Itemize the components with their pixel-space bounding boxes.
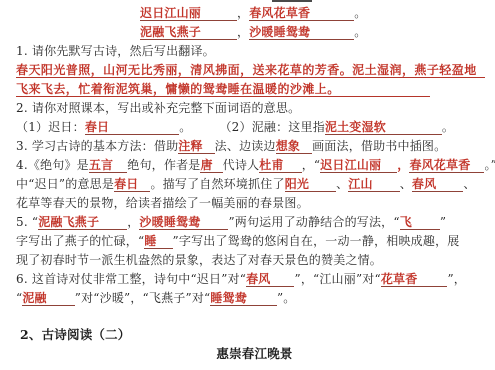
- section-heading: 2、古诗阅读（二）: [20, 325, 483, 344]
- text-run: ”: [440, 215, 446, 229]
- text-run: ”。: [277, 291, 296, 305]
- text-run: ”，“江山丽”对“: [294, 272, 380, 286]
- text-run: ”对“沙暖”，“飞燕子”对“: [75, 291, 211, 305]
- text-run: 、: [336, 177, 348, 191]
- text-run: （2）泥融：这里指: [219, 120, 324, 134]
- text-run: 。描写了自然环境抓住了: [150, 177, 284, 191]
- answer-blank-filled: 春日: [114, 177, 150, 192]
- answer-blank-filled: 春风: [412, 177, 463, 192]
- answer-blank-filled: 泥融: [22, 291, 74, 306]
- next-poem-title: 惠崇春江晚景: [26, 344, 483, 363]
- text-run: 2、古诗阅读（二）: [20, 327, 131, 342]
- answer-blank-filled: 睡鸳鸯: [210, 291, 277, 306]
- question-4-line-1: 4.《绝句》是五言绝句，作者是唐代诗人杜甫，“迟日江山丽，春风花草香。”: [16, 156, 483, 175]
- text-run: ，“: [302, 158, 321, 172]
- answer-blank-filled: 唐: [200, 158, 222, 173]
- text-run: 、: [400, 177, 412, 191]
- answer-text: 春日: [85, 120, 109, 134]
- text-run: 2. 请你对照课本，写出或补充完整下面词语的意思。: [16, 101, 300, 115]
- translation-line-1: 春天阳光普照，山河无比秀丽，清风拂面，送来花草的芳香。泥土湿润，燕子轻盈地: [16, 61, 483, 80]
- answer-blank-filled: 江山: [348, 177, 399, 192]
- worksheet-page: 迟日江山丽，春风花草香。泥融飞燕子，沙暖睡鸳鸯。1. 请你先默写古诗，然后写出翻…: [0, 0, 495, 370]
- answer-blank-filled: 泥土变湿软: [325, 120, 442, 135]
- text-run: ”两句运用了动静结合的写法，“: [228, 215, 399, 229]
- answer-blank-filled: 睡: [144, 234, 172, 249]
- answer-text: 沙暖睡鸳鸯: [139, 215, 200, 229]
- answer-blank-filled: 想象: [276, 139, 312, 154]
- answer-blank-filled: 阳光: [285, 177, 336, 192]
- answer-text: 想象: [276, 139, 300, 153]
- text-run: 。: [354, 6, 366, 20]
- text-run: 5. “: [16, 215, 38, 229]
- text-run: 中“迟日”的意思是: [16, 177, 114, 191]
- answer-text: 唐: [200, 158, 212, 172]
- question-4-line-3: 花草等春天的景物，给读者描绘了一幅美丽的春景图。: [16, 194, 483, 213]
- text-run: 现了初春时节一派生机盎然的景象，表达了对春天景色的赞美之情。: [16, 253, 382, 267]
- answer-blank-filled: 五言: [89, 158, 127, 173]
- text-run: 字写出了燕子的忙碌，“: [16, 234, 144, 248]
- answer-blank-filled: 泥融飞燕子: [38, 215, 127, 230]
- question-6-line-2: “泥融”对“沙暖”，“飞燕子”对“睡鸳鸯”。: [16, 289, 483, 308]
- answer-text: 泥融飞燕子: [140, 25, 201, 39]
- answer-text: 迟日江山丽: [140, 6, 201, 20]
- question-1: 1. 请你先默写古诗，然后写出翻译。: [16, 42, 483, 61]
- question-5-line-1: 5. “泥融飞燕子，沙暖睡鸳鸯”两句运用了动静结合的写法，“飞”: [16, 213, 483, 232]
- text-run: 花草等春天的景物，给读者描绘了一幅美丽的春景图。: [16, 196, 309, 210]
- answer-blank-filled: 迟日江山丽: [320, 158, 397, 173]
- answer-blank-filled: 杜甫: [259, 158, 301, 173]
- poem-line-1: 迟日江山丽，春风花草香。: [140, 4, 483, 23]
- answer-blank-filled: 飞: [400, 215, 440, 230]
- answer-text: 春风花草香: [249, 6, 310, 20]
- answer-blank-filled: 迟日江山丽: [140, 6, 237, 21]
- answer-text: 春天阳光普照，山河无比秀丽，清风拂面，送来花草的芳香。泥土湿润，燕子轻盈地: [16, 63, 477, 77]
- answer-text: 阳光: [285, 177, 309, 191]
- answer-text: 春风: [412, 177, 436, 191]
- text-run: 法、边读边: [215, 139, 276, 153]
- question-5-line-2: 字写出了燕子的忙碌，“睡”字写出了鸳鸯的悠闲自在，一动一静，相映成趣，展: [16, 232, 483, 251]
- cropped-underline-artifact: [272, 0, 312, 2]
- text-run: 3. 学习古诗的基本方法：借助: [16, 139, 178, 153]
- poem-line-2: 泥融飞燕子，沙暖睡鸳鸯。: [140, 23, 483, 42]
- answer-text: 泥融: [22, 291, 46, 305]
- answer-text: 飞来飞去，忙着衔泥筑巢，慵懒的鸳鸯睡在温暖的沙滩上。: [16, 82, 340, 96]
- text-run: 6. 这首诗对仗非常工整，诗句中“迟日”对“: [16, 272, 246, 286]
- question-2: 2. 请你对照课本，写出或补充完整下面词语的意思。: [16, 99, 483, 118]
- question-5-line-3: 现了初春时节一派生机盎然的景象，表达了对春天景色的赞美之情。: [16, 251, 483, 270]
- answer-blank-filled: 注释: [178, 139, 214, 154]
- question-2-answers: （1）迟日：春日。（2）泥融：这里指泥土变湿软。: [16, 118, 483, 137]
- answer-text: 春风花草香: [409, 158, 470, 172]
- answer-blank-filled: 花草香: [381, 272, 448, 287]
- answer-text: 飞: [400, 215, 412, 229]
- text-run: 1. 请你先默写古诗，然后写出翻译。: [16, 44, 215, 58]
- text-run: ，: [237, 6, 249, 20]
- text-run: ”字写出了鸳鸯的悠闲自在，一动一静，相映成趣，展: [173, 234, 460, 248]
- question-6-line-1: 6. 这首诗对仗非常工整，诗句中“迟日”对“春风”，“江山丽”对“花草香”，: [16, 270, 483, 289]
- answer-blank-filled: 春风花草香: [249, 6, 354, 21]
- answer-text: 注释: [178, 139, 202, 153]
- text-run: ，: [237, 25, 249, 39]
- text-run: 。: [442, 120, 454, 134]
- answer-text: 沙暖睡鸳鸯: [249, 25, 310, 39]
- translation-line-2: 飞来飞去，忙着衔泥筑巢，慵懒的鸳鸯睡在温暖的沙滩上。: [16, 80, 483, 99]
- text-run: 、: [463, 177, 475, 191]
- answer-text: 花草香: [381, 272, 418, 286]
- answer-blank-filled: 沙暖睡鸳鸯: [249, 25, 354, 40]
- answer-text: 江山: [348, 177, 372, 191]
- text-run: 4.《绝句》是: [16, 158, 89, 172]
- text-run: 。”: [484, 158, 495, 172]
- answer-blank-filled: 春风: [246, 272, 294, 287]
- answer-text: 泥融飞燕子: [38, 215, 99, 229]
- text-run: ，: [397, 158, 409, 172]
- question-4-line-2: 中“迟日”的意思是春日。描写了自然环境抓住了阳光、江山、春风、: [16, 175, 483, 194]
- text-run: 。: [179, 120, 191, 134]
- answer-blank-filled: 泥融飞燕子: [140, 25, 237, 40]
- translation-text: 飞来飞去，忙着衔泥筑巢，慵懒的鸳鸯睡在温暖的沙滩上。: [16, 82, 430, 97]
- answer-blank-filled: 沙暖睡鸳鸯: [139, 215, 228, 230]
- answer-text: 五言: [89, 158, 113, 172]
- answer-text: 春日: [114, 177, 138, 191]
- answer-text: 春风: [246, 272, 270, 286]
- answer-blank-filled: 春风花草香: [409, 158, 484, 173]
- answer-text: 迟日江山丽: [320, 158, 381, 172]
- text-run: 代诗人: [223, 158, 260, 172]
- answer-text: 杜甫: [259, 158, 283, 172]
- text-run: 画面法，借助书中插图。: [312, 139, 446, 153]
- text-run: 。: [354, 25, 366, 39]
- translation-text: 春天阳光普照，山河无比秀丽，清风拂面，送来花草的芳香。泥土湿润，燕子轻盈地: [16, 63, 485, 78]
- answer-blank-filled: 春日: [85, 120, 179, 135]
- answer-text: 睡鸳鸯: [210, 291, 247, 305]
- answer-text: 泥土变湿软: [325, 120, 386, 134]
- text-run: ”，: [447, 272, 466, 286]
- text-run: ，: [127, 215, 139, 229]
- text-run: 惠崇春江晚景: [216, 346, 292, 361]
- text-run: （1）迟日：: [16, 120, 85, 134]
- answer-text: 睡: [144, 234, 156, 248]
- question-3: 3. 学习古诗的基本方法：借助注释法、边读边想象画面法，借助书中插图。: [16, 137, 483, 156]
- document-body: 迟日江山丽，春风花草香。泥融飞燕子，沙暖睡鸳鸯。1. 请你先默写古诗，然后写出翻…: [16, 4, 483, 363]
- text-run: 绝句，作者是: [127, 158, 200, 172]
